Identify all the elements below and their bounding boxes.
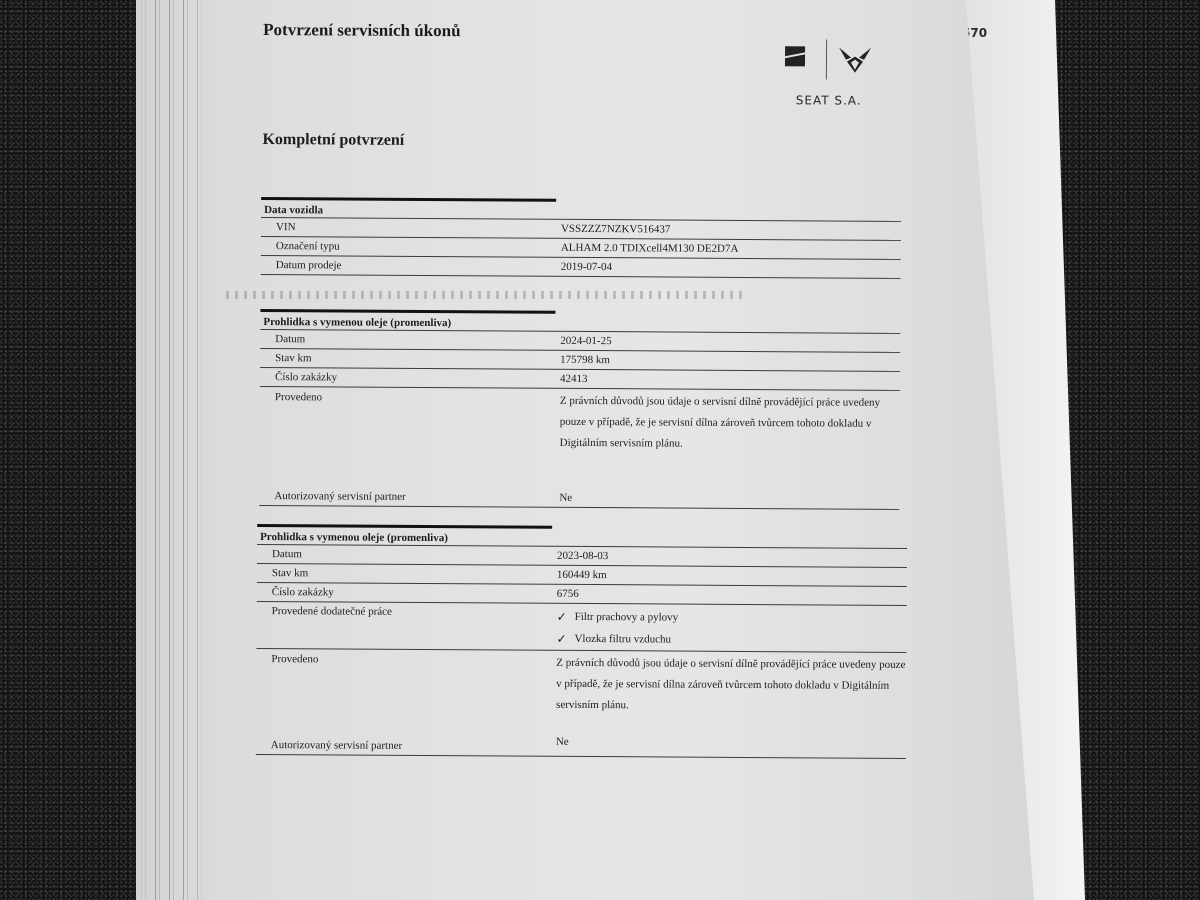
mileage-value: 160449 km xyxy=(557,566,907,583)
brand-logos: SEAT S.A. xyxy=(780,39,880,110)
document-title: Potvrzení servisních úkonů xyxy=(263,20,461,41)
row-label: Provedené dodatečné práce xyxy=(257,602,557,619)
row-label: Provedeno xyxy=(256,649,556,667)
checkmark-icon: ✓ xyxy=(556,628,568,650)
row-label: Číslo zakázky xyxy=(257,583,557,600)
sale-date-value: 2019-07-04 xyxy=(561,258,901,275)
row-label: Datum xyxy=(260,330,560,347)
partner-value: Ne xyxy=(556,733,906,750)
logo-divider xyxy=(826,39,827,79)
mileage-value: 175798 km xyxy=(560,351,900,368)
service-row-additional-work: Provedené dodatečné práce ✓ Filtr pracho… xyxy=(256,602,906,653)
additional-work-list: ✓ Filtr prachovy a pylovy ✓ Vlozka filtr… xyxy=(556,604,906,652)
service-row-performed: Provedeno Z právních důvodů jsou údaje o… xyxy=(256,649,906,735)
row-label: VIN xyxy=(261,218,561,235)
checkmark-icon: ✓ xyxy=(557,606,569,628)
vehicle-data-block: Data vozidla VIN VSSZZZ7NZKV516437 Označ… xyxy=(261,197,901,279)
section-heading: Kompletní potvrzení xyxy=(262,131,404,150)
additional-work-text: Filtr prachovy a pylovy xyxy=(575,606,679,629)
date-value: 2023-08-03 xyxy=(557,547,907,564)
order-number-value: 6756 xyxy=(557,585,907,602)
row-label: Číslo zakázky xyxy=(260,368,560,385)
cupra-logo-icon xyxy=(838,46,872,74)
date-value: 2024-01-25 xyxy=(560,332,900,349)
seat-logo-icon xyxy=(782,43,808,69)
row-label: Provedeno xyxy=(260,387,560,405)
partner-value: Ne xyxy=(559,489,899,506)
order-number-value: 42413 xyxy=(560,370,900,387)
performed-text: Z právních důvodů jsou údaje o servisní … xyxy=(556,651,906,718)
company-name: SEAT S.A. xyxy=(796,93,862,107)
additional-work-item: ✓ Filtr prachovy a pylovy xyxy=(557,606,907,630)
row-label: Stav km xyxy=(260,349,560,366)
performed-text: Z právních důvodů jsou údaje o servisní … xyxy=(560,389,900,456)
row-label: Datum xyxy=(257,545,557,562)
additional-work-text: Vlozka filtru vzduchu xyxy=(574,628,671,651)
service-block-1: Prohlidka s vymenou oleje (promenliva) D… xyxy=(259,309,900,510)
row-label: Označení typu xyxy=(261,237,561,254)
service-row-performed: Provedeno Z právních důvodů jsou údaje o… xyxy=(259,387,900,491)
service-row-partner: Autorizovaný servisní partner Ne xyxy=(256,731,906,759)
service-row-partner: Autorizovaný servisní partner Ne xyxy=(259,487,899,510)
row-label: Autorizovaný servisní partner xyxy=(259,487,559,504)
row-label: Autorizovaný servisní partner xyxy=(256,731,556,753)
vin-value: VSSZZZ7NZKV516437 xyxy=(561,220,901,237)
row-label: Stav km xyxy=(257,564,557,581)
row-label: Datum prodeje xyxy=(261,256,561,273)
vehicle-row-sale-date: Datum prodeje 2019-07-04 xyxy=(261,256,901,279)
additional-work-item: ✓ Vlozka filtru vzduchu xyxy=(556,628,906,652)
type-value: ALHAM 2.0 TDIXcell4M130 DE2D7A xyxy=(561,239,901,256)
service-block-2: Prohlidka s vymenou oleje (promenliva) D… xyxy=(256,524,907,759)
document-content: Potvrzení servisních úkonů SEAT S.A. Kom… xyxy=(0,0,1200,900)
